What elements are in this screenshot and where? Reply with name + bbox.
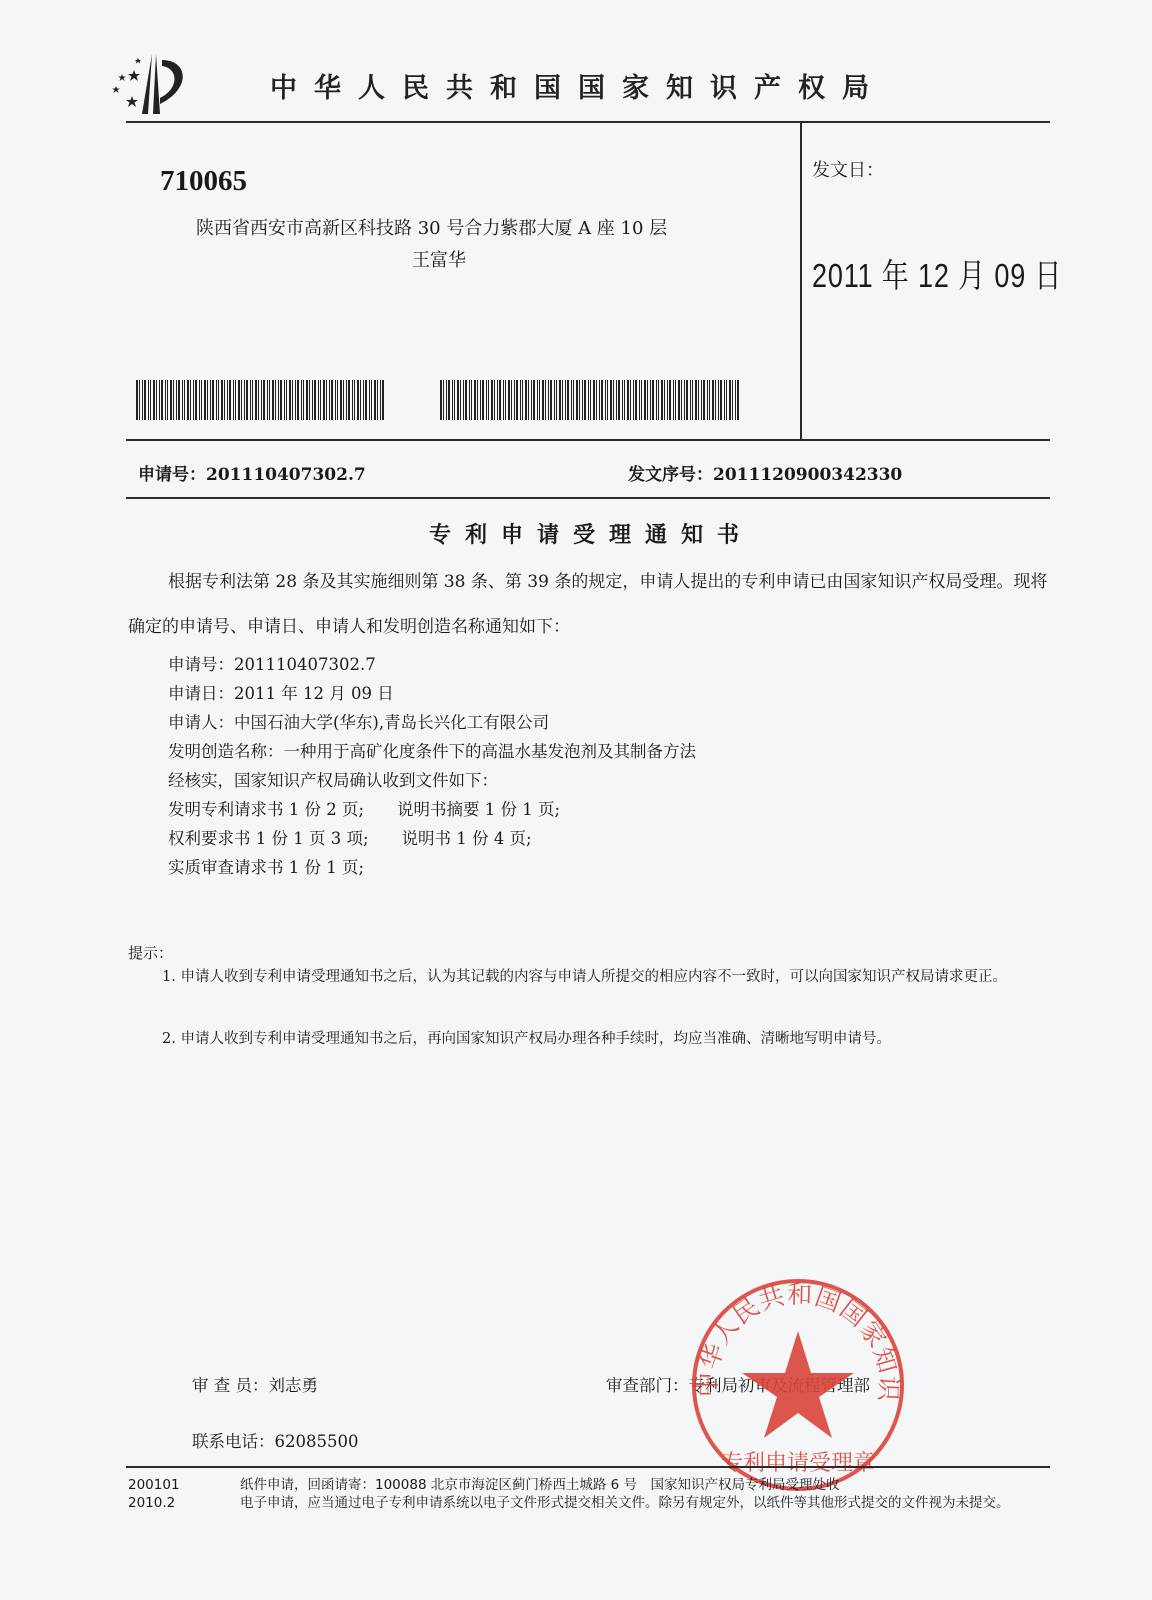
body-paragraph: 根据专利法第 28 条及其实施细则第 38 条、第 39 条的规定，申请人提出的… — [128, 560, 1058, 650]
application-number: 201110407302.7 — [206, 465, 366, 485]
phone-label: 联系电话： — [192, 1432, 275, 1451]
examiner: 审 查 员：刘志勇 — [192, 1372, 318, 1396]
serial-number-header: 发文序号：2011120900342330 — [628, 460, 902, 485]
detail-applicant: 申请人：中国石油大学(华东),青岛长兴化工有限公司 — [168, 708, 696, 737]
seal-star-icon — [742, 1331, 854, 1438]
department-label: 审查部门： — [606, 1376, 689, 1395]
recipient-name: 王富华 — [412, 246, 466, 272]
barcode-1 — [136, 380, 388, 420]
detail-application-number: 申请号：201110407302.7 — [168, 650, 696, 679]
hints-label: 提示： — [128, 942, 173, 963]
seal-inner-text: 专利申请受理章 — [721, 1451, 875, 1476]
form-version: 2010.2 — [128, 1494, 175, 1512]
barcode-2 — [440, 380, 742, 420]
postcode: 710065 — [160, 165, 247, 198]
footer-line-2: 电子申请，应当通过电子专利申请系统以电子文件形式提交相关文件。除另有规定外，以纸… — [240, 1494, 1060, 1512]
vertical-divider — [800, 123, 802, 440]
dispatch-date: 2011 年 12 月 09 日 — [812, 250, 1062, 297]
mailing-address: 陕西省西安市高新区科技路 30 号合力紫郡大厦 A 座 10 层 — [196, 214, 667, 240]
footer-line-1: 纸件申请，回函请寄：100088 北京市海淀区蓟门桥西土城路 6 号 国家知识产… — [240, 1476, 1060, 1494]
detail-invention-title: 发明创造名称：一种用于高矿化度条件下的高温水基发泡剂及其制备方法 — [168, 737, 696, 766]
detail-documents-2: 权利要求书 1 份 1 页 3 项; 说明书 1 份 4 页; — [168, 824, 696, 853]
cnipa-emblem-icon — [108, 48, 188, 118]
official-seal: 中华人民共和国国家知识产权局 专利申请受理章 — [688, 1275, 908, 1495]
detail-application-date: 申请日：2011 年 12 月 09 日 — [168, 679, 696, 708]
hint-item-2: 2. 申请人收到专利申请受理通知书之后，再向国家知识产权局办理各种手续时，均应当… — [128, 1024, 1058, 1055]
contact-phone: 联系电话：62085500 — [192, 1428, 358, 1452]
dispatch-date-label: 发文日： — [812, 156, 884, 182]
application-number-header: 申请号：201110407302.7 — [138, 460, 366, 485]
serial-number-label: 发文序号： — [628, 465, 713, 485]
phone-number: 62085500 — [275, 1432, 359, 1451]
document-title: 专利申请受理通知书 — [0, 518, 1152, 549]
organization-title: 中华人民共和国国家知识产权局 — [270, 66, 886, 105]
hint-item-1: 1. 申请人收到专利申请受理通知书之后，认为其记载的内容与申请人所提交的相应内容… — [128, 962, 1058, 993]
detail-verification: 经核实，国家知识产权局确认收到文件如下： — [168, 766, 696, 795]
detail-documents-1: 发明专利请求书 1 份 2 页; 说明书摘要 1 份 1 页; — [168, 795, 696, 824]
application-details: 申请号：201110407302.7 申请日：2011 年 12 月 09 日 … — [168, 650, 696, 882]
reference-divider — [126, 497, 1050, 499]
examiner-name: 刘志勇 — [269, 1376, 319, 1395]
serial-number: 2011120900342330 — [713, 465, 902, 485]
header-divider — [126, 121, 1050, 123]
form-code: 200101 — [128, 1476, 180, 1494]
footer-divider — [126, 1466, 1050, 1468]
detail-documents-3: 实质审查请求书 1 份 1 页; — [168, 853, 696, 882]
examiner-label: 审 查 员： — [192, 1376, 269, 1395]
application-number-label: 申请号： — [138, 465, 206, 485]
barcode-divider — [126, 439, 1050, 441]
